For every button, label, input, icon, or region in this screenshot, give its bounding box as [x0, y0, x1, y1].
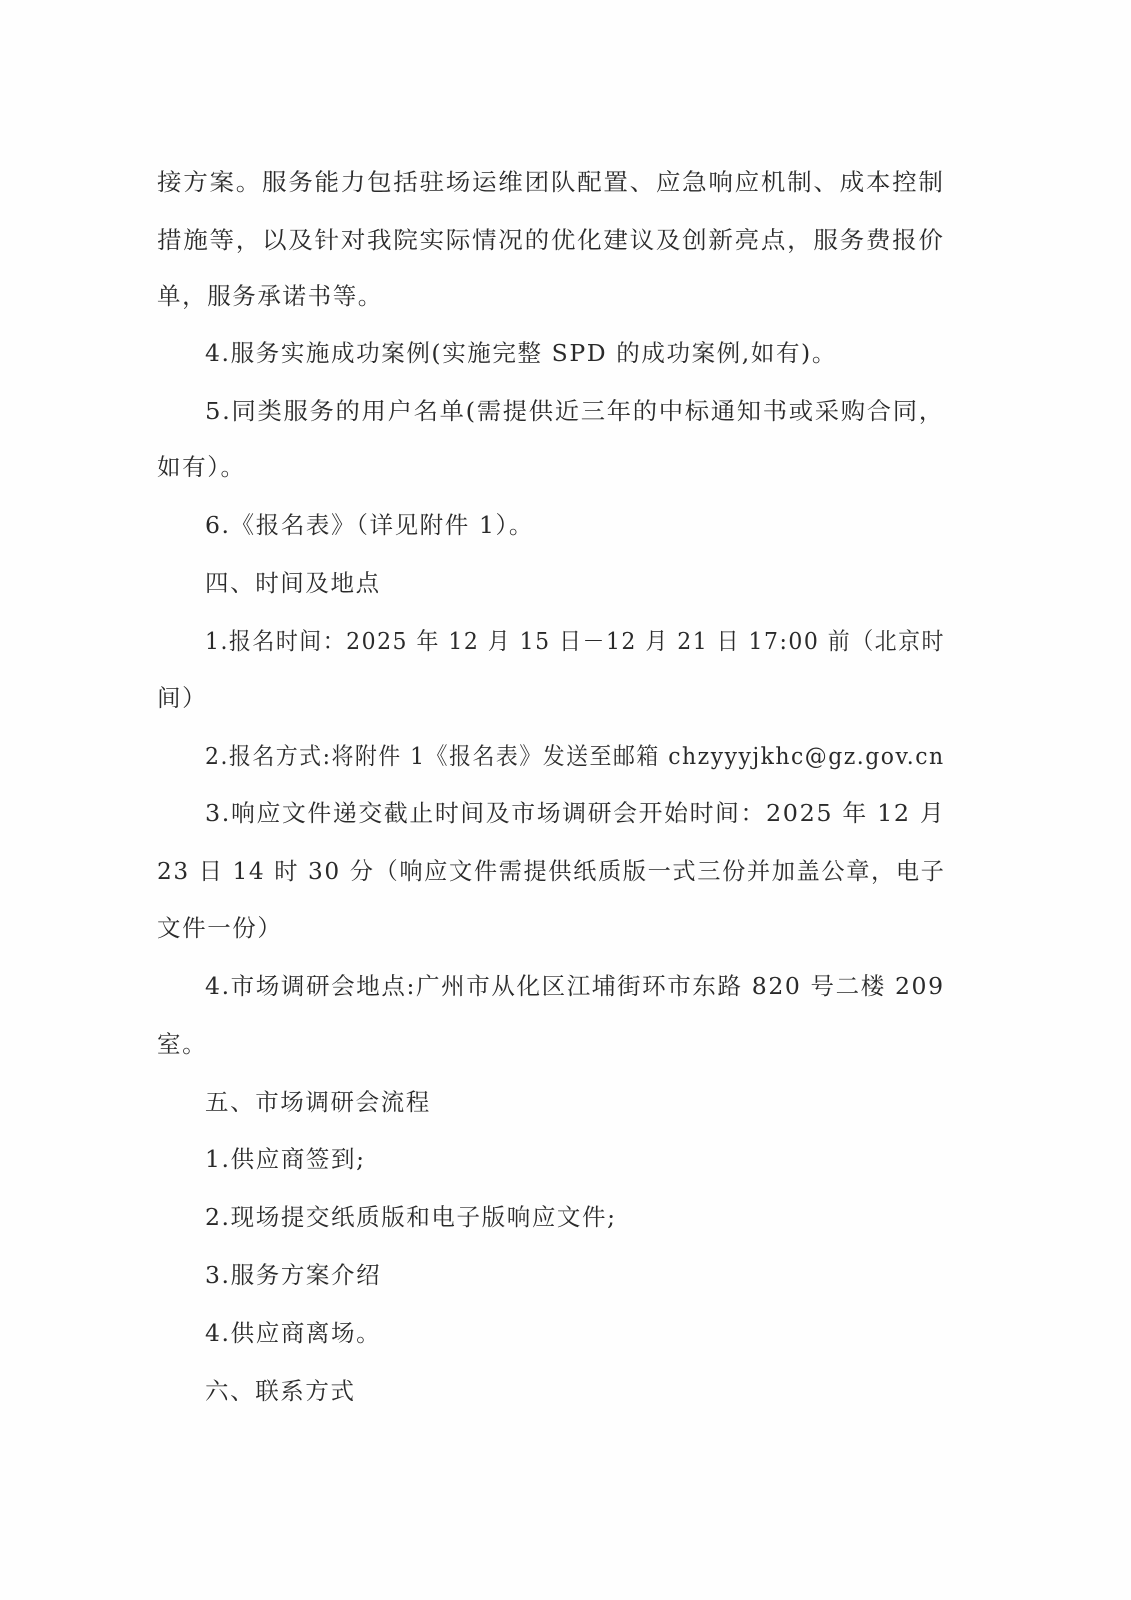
text-line: 2.现场提交纸质版和电子版响应文件;	[205, 1202, 995, 1232]
text-line: 接方案。服务能力包括驻场运维团队配置、应急响应机制、成本控制	[157, 167, 945, 197]
text-line: 3.服务方案介绍	[205, 1260, 995, 1290]
document-page: 接方案。服务能力包括驻场运维团队配置、应急响应机制、成本控制措施等，以及针对我院…	[0, 0, 1131, 1600]
text-line: 间）	[157, 683, 947, 713]
text-line: 4.市场调研会地点:广州市从化区江埔街环市东路 820 号二楼 209	[205, 971, 945, 1001]
text-line: 六、联系方式	[205, 1376, 995, 1406]
text-line: 23 日 14 时 30 分（响应文件需提供纸质版一式三份并加盖公章，电子	[157, 856, 945, 886]
text-line: 四、时间及地点	[205, 568, 995, 598]
text-line: 五、市场调研会流程	[205, 1087, 995, 1117]
text-line: 文件一份）	[157, 913, 947, 943]
text-line: 1.报名时间：2025 年 12 月 15 日－12 月 21 日 17:00 …	[205, 626, 945, 656]
text-line: 室。	[157, 1029, 947, 1059]
text-line: 如有）。	[157, 452, 947, 482]
text-line: 单，服务承诺书等。	[157, 281, 947, 311]
text-line: 3.响应文件递交截止时间及市场调研会开始时间：2025 年 12 月	[205, 798, 945, 828]
text-line: 措施等，以及针对我院实际情况的优化建议及创新亮点，服务费报价	[157, 225, 945, 255]
text-line: 5.同类服务的用户名单(需提供近三年的中标通知书或采购合同，	[205, 396, 945, 426]
text-line: 6.《报名表》（详见附件 1）。	[205, 510, 995, 540]
text-line: 4.供应商离场。	[205, 1318, 995, 1348]
text-line: 1.供应商签到;	[205, 1144, 995, 1174]
text-line: 2.报名方式:将附件 1《报名表》发送至邮箱 chzyyyjkhc@gz.gov…	[205, 741, 945, 771]
text-line: 4.服务实施成功案例(实施完整 SPD 的成功案例,如有)。	[205, 338, 995, 368]
